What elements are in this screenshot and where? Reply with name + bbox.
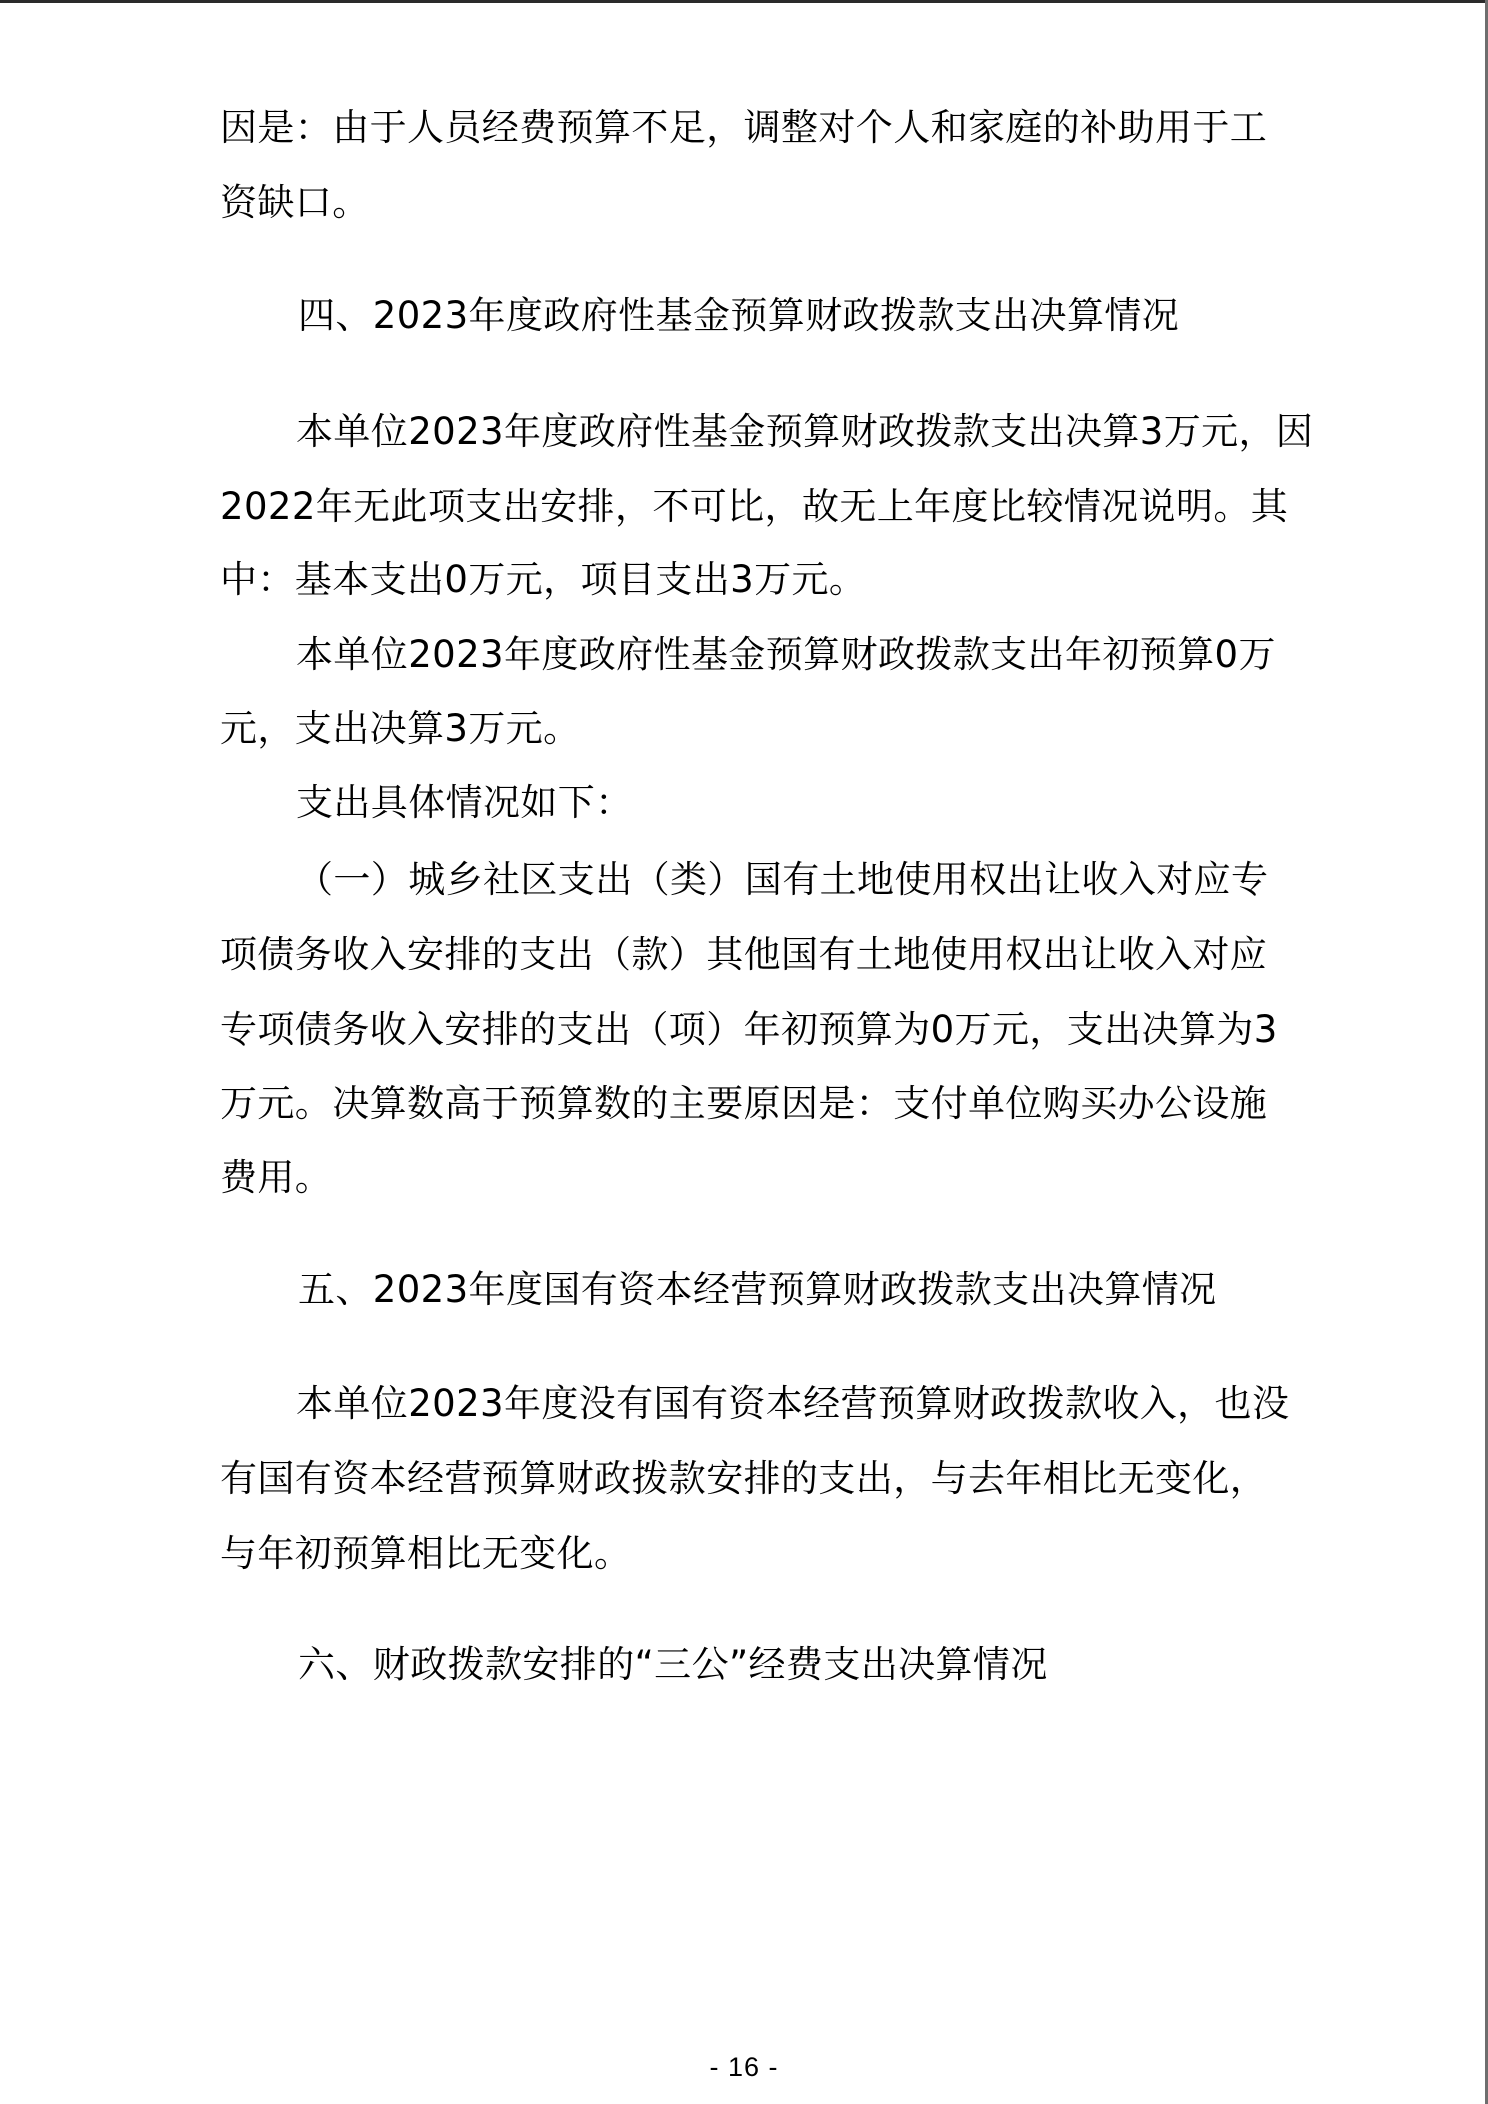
paragraph-line: 2022年无此项支出安排，不可比，故无上年度比较情况说明。其 bbox=[220, 485, 1288, 529]
paragraph-line: 中：基本支出0万元，项目支出3万元。 bbox=[220, 558, 866, 602]
section-heading-6: 六、财政拨款安排的“三公”经费支出决算情况 bbox=[298, 1643, 1048, 1687]
list-item-line: 费用。 bbox=[220, 1156, 332, 1200]
paragraph-line: 支出具体情况如下： bbox=[296, 781, 633, 825]
paragraph-line: 有国有资本经营预算财政拨款安排的支出，与去年相比无变化， bbox=[220, 1457, 1267, 1501]
paragraph-line: 资缺口。 bbox=[220, 181, 370, 225]
paragraph-line: 元，支出决算3万元。 bbox=[220, 707, 581, 751]
paragraph-line: 与年初预算相比无变化。 bbox=[220, 1532, 631, 1576]
document-page: 因是：由于人员经费预算不足，调整对个人和家庭的补助用于工 资缺口。 四、2023… bbox=[0, 0, 1488, 2104]
list-item-line: 专项债务收入安排的支出（项）年初预算为0万元，支出决算为3 bbox=[220, 1008, 1278, 1052]
paragraph-line: 本单位2023年度政府性基金预算财政拨款支出年初预算0万 bbox=[296, 633, 1276, 677]
section-heading-4: 四、2023年度政府性基金预算财政拨款支出决算情况 bbox=[298, 294, 1179, 338]
list-item-line: 万元。决算数高于预算数的主要原因是：支付单位购买办公设施 bbox=[220, 1082, 1267, 1126]
paragraph-line: 本单位2023年度政府性基金预算财政拨款支出决算3万元，因 bbox=[296, 410, 1313, 454]
section-heading-5: 五、2023年度国有资本经营预算财政拨款支出决算情况 bbox=[298, 1268, 1217, 1312]
list-item-line: （一）城乡社区支出（类）国有土地使用权出让收入对应专 bbox=[296, 858, 1268, 902]
paragraph-line: 因是：由于人员经费预算不足，调整对个人和家庭的补助用于工 bbox=[220, 106, 1267, 150]
page-number: - 16 - bbox=[0, 2052, 1488, 2082]
paragraph-line: 本单位2023年度没有国有资本经营预算财政拨款收入，也没 bbox=[296, 1382, 1289, 1426]
list-item-line: 项债务收入安排的支出（款）其他国有土地使用权出让收入对应 bbox=[220, 933, 1267, 977]
